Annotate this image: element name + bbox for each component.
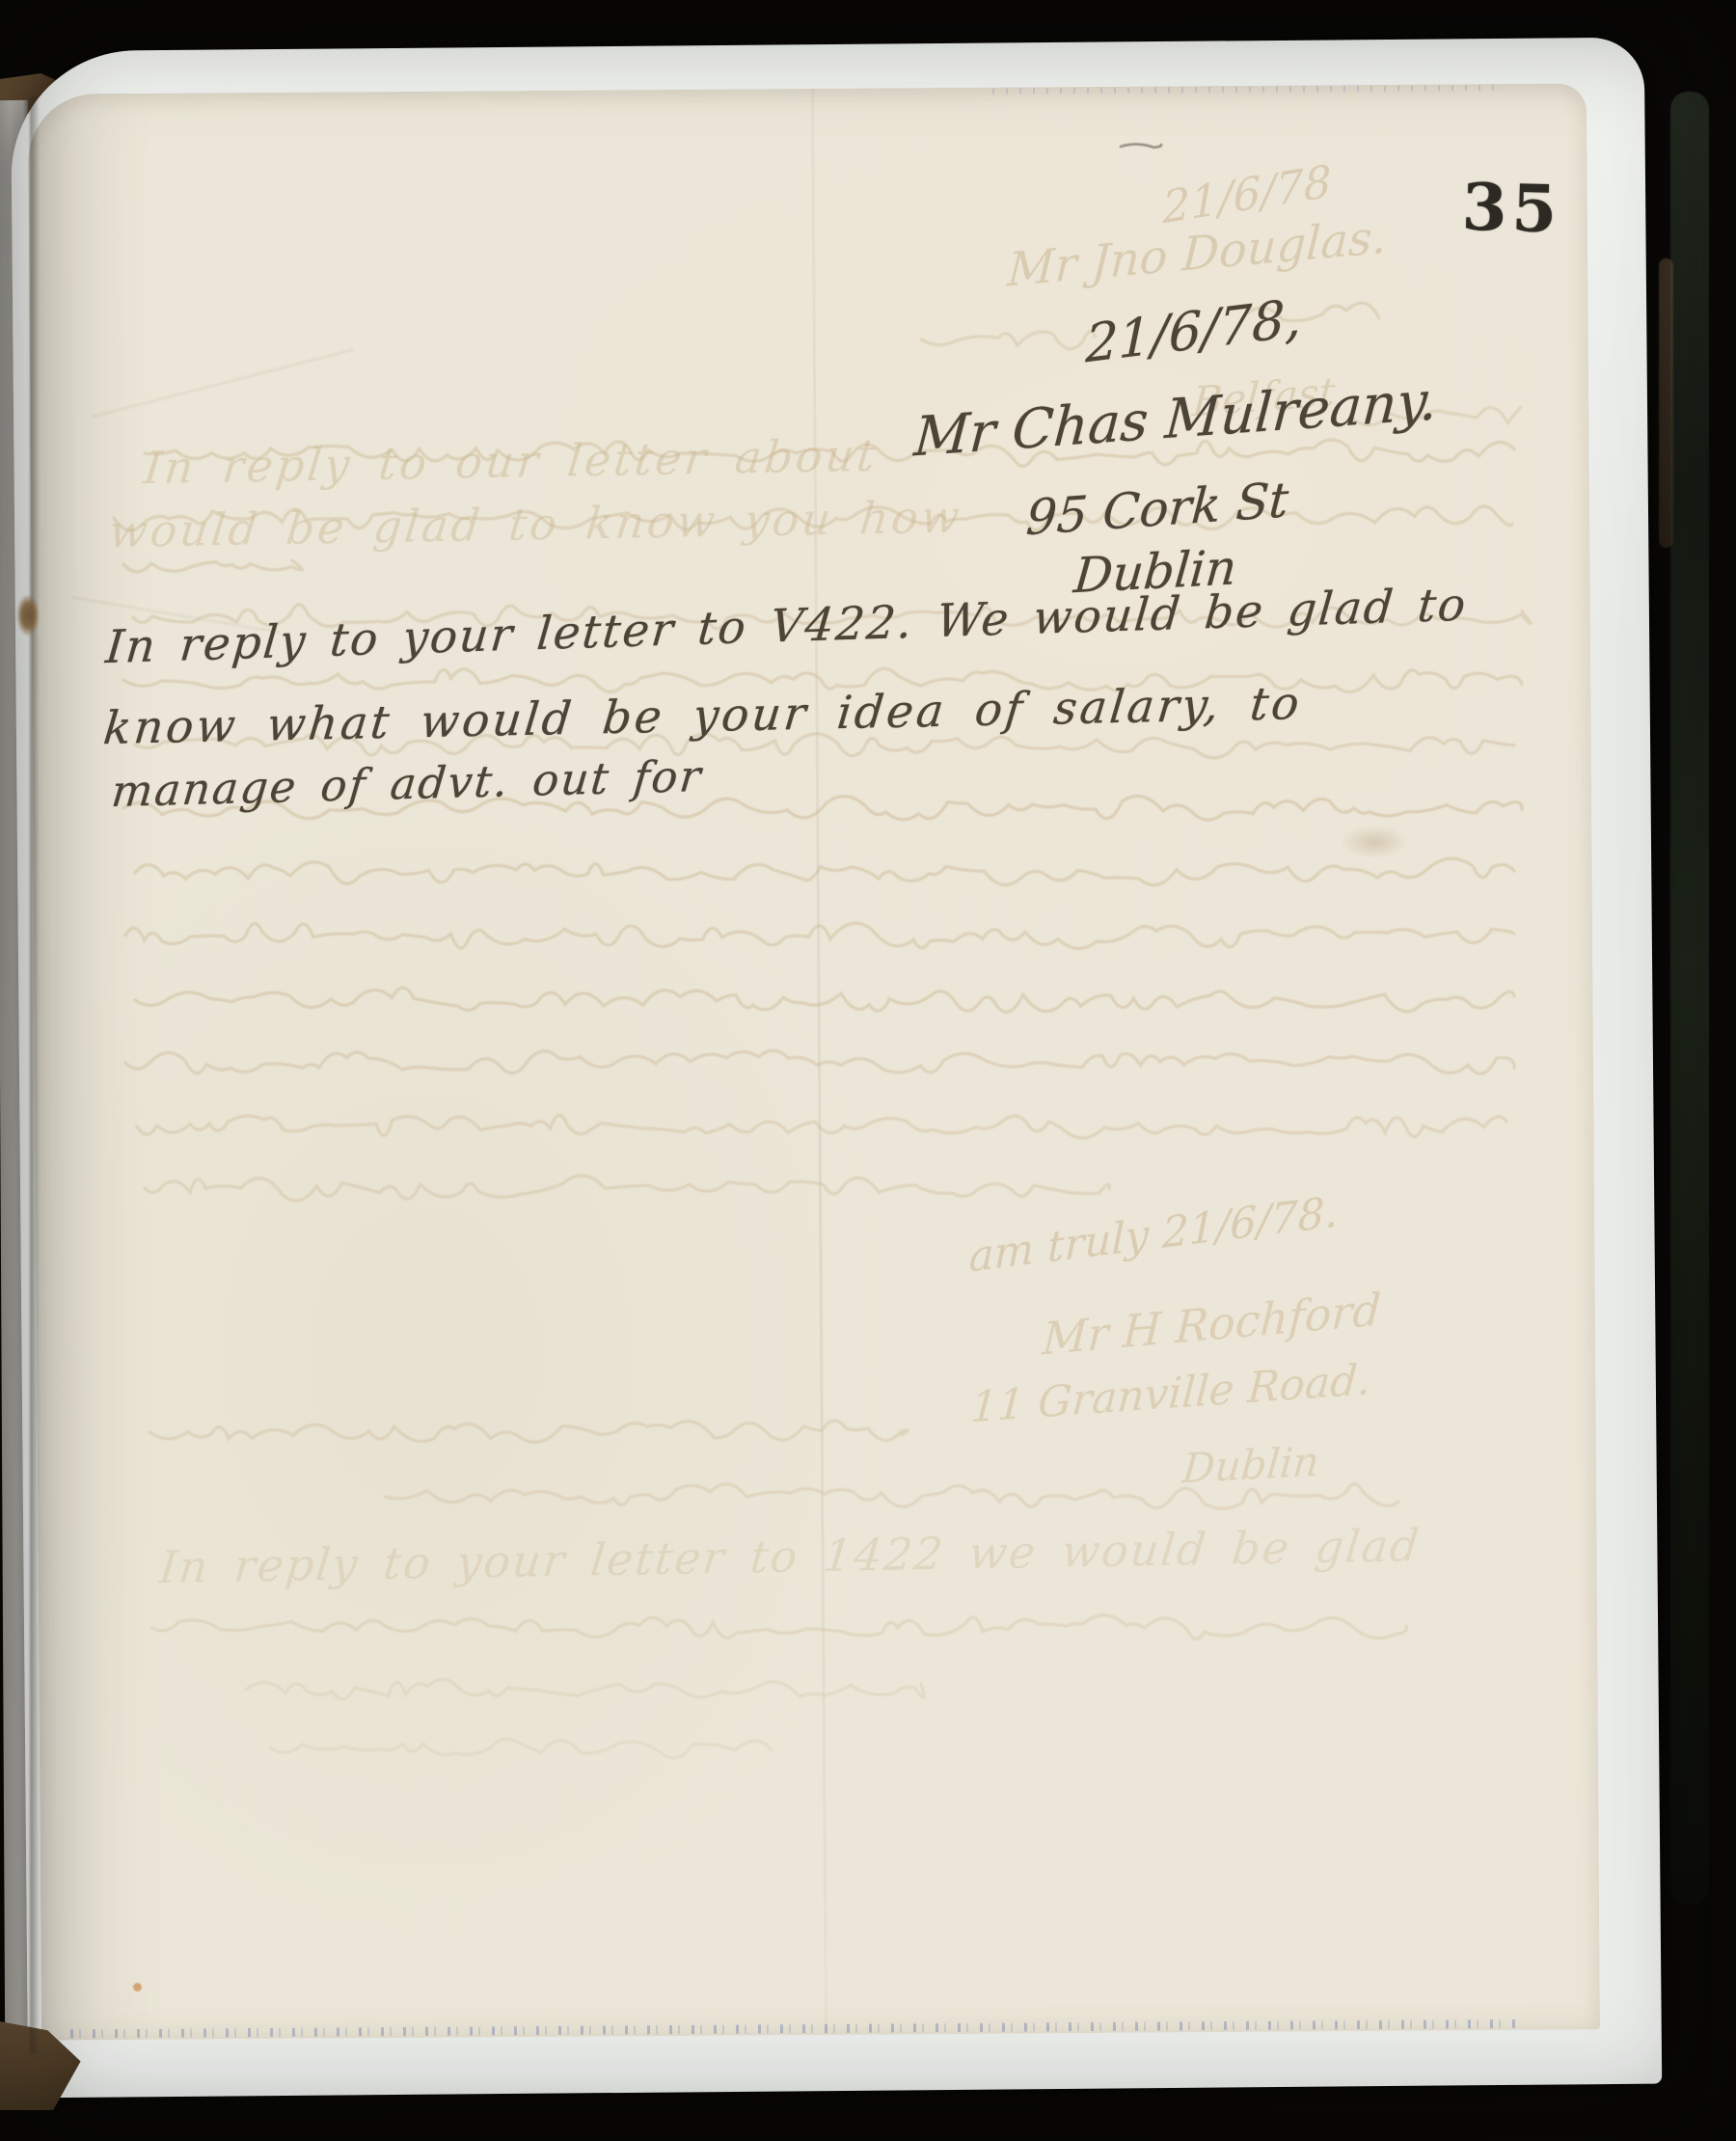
faded-body-fragment-2: would be glad to know you how (107, 495, 964, 555)
orange-speck (133, 1983, 142, 1992)
faded-second-city: Dublin (1180, 1442, 1320, 1490)
faint-smudge (1341, 826, 1408, 858)
ink-stain (16, 594, 40, 637)
gutter-crease (30, 96, 39, 2054)
book-spine-sliver (1659, 258, 1673, 548)
page-number-stamp: 35 (1461, 169, 1562, 248)
scanned-letterbook-photo: 21/6/78 Mr Jno Douglas. Belfast In reply… (0, 0, 1736, 2141)
faded-body-fragment-1: In reply to our letter about (142, 433, 880, 490)
book-spine-edge (1670, 92, 1709, 1905)
page-fold-crease (811, 89, 827, 2035)
deckle-blue-edge-top (992, 85, 1494, 95)
paper-crease (92, 348, 354, 418)
